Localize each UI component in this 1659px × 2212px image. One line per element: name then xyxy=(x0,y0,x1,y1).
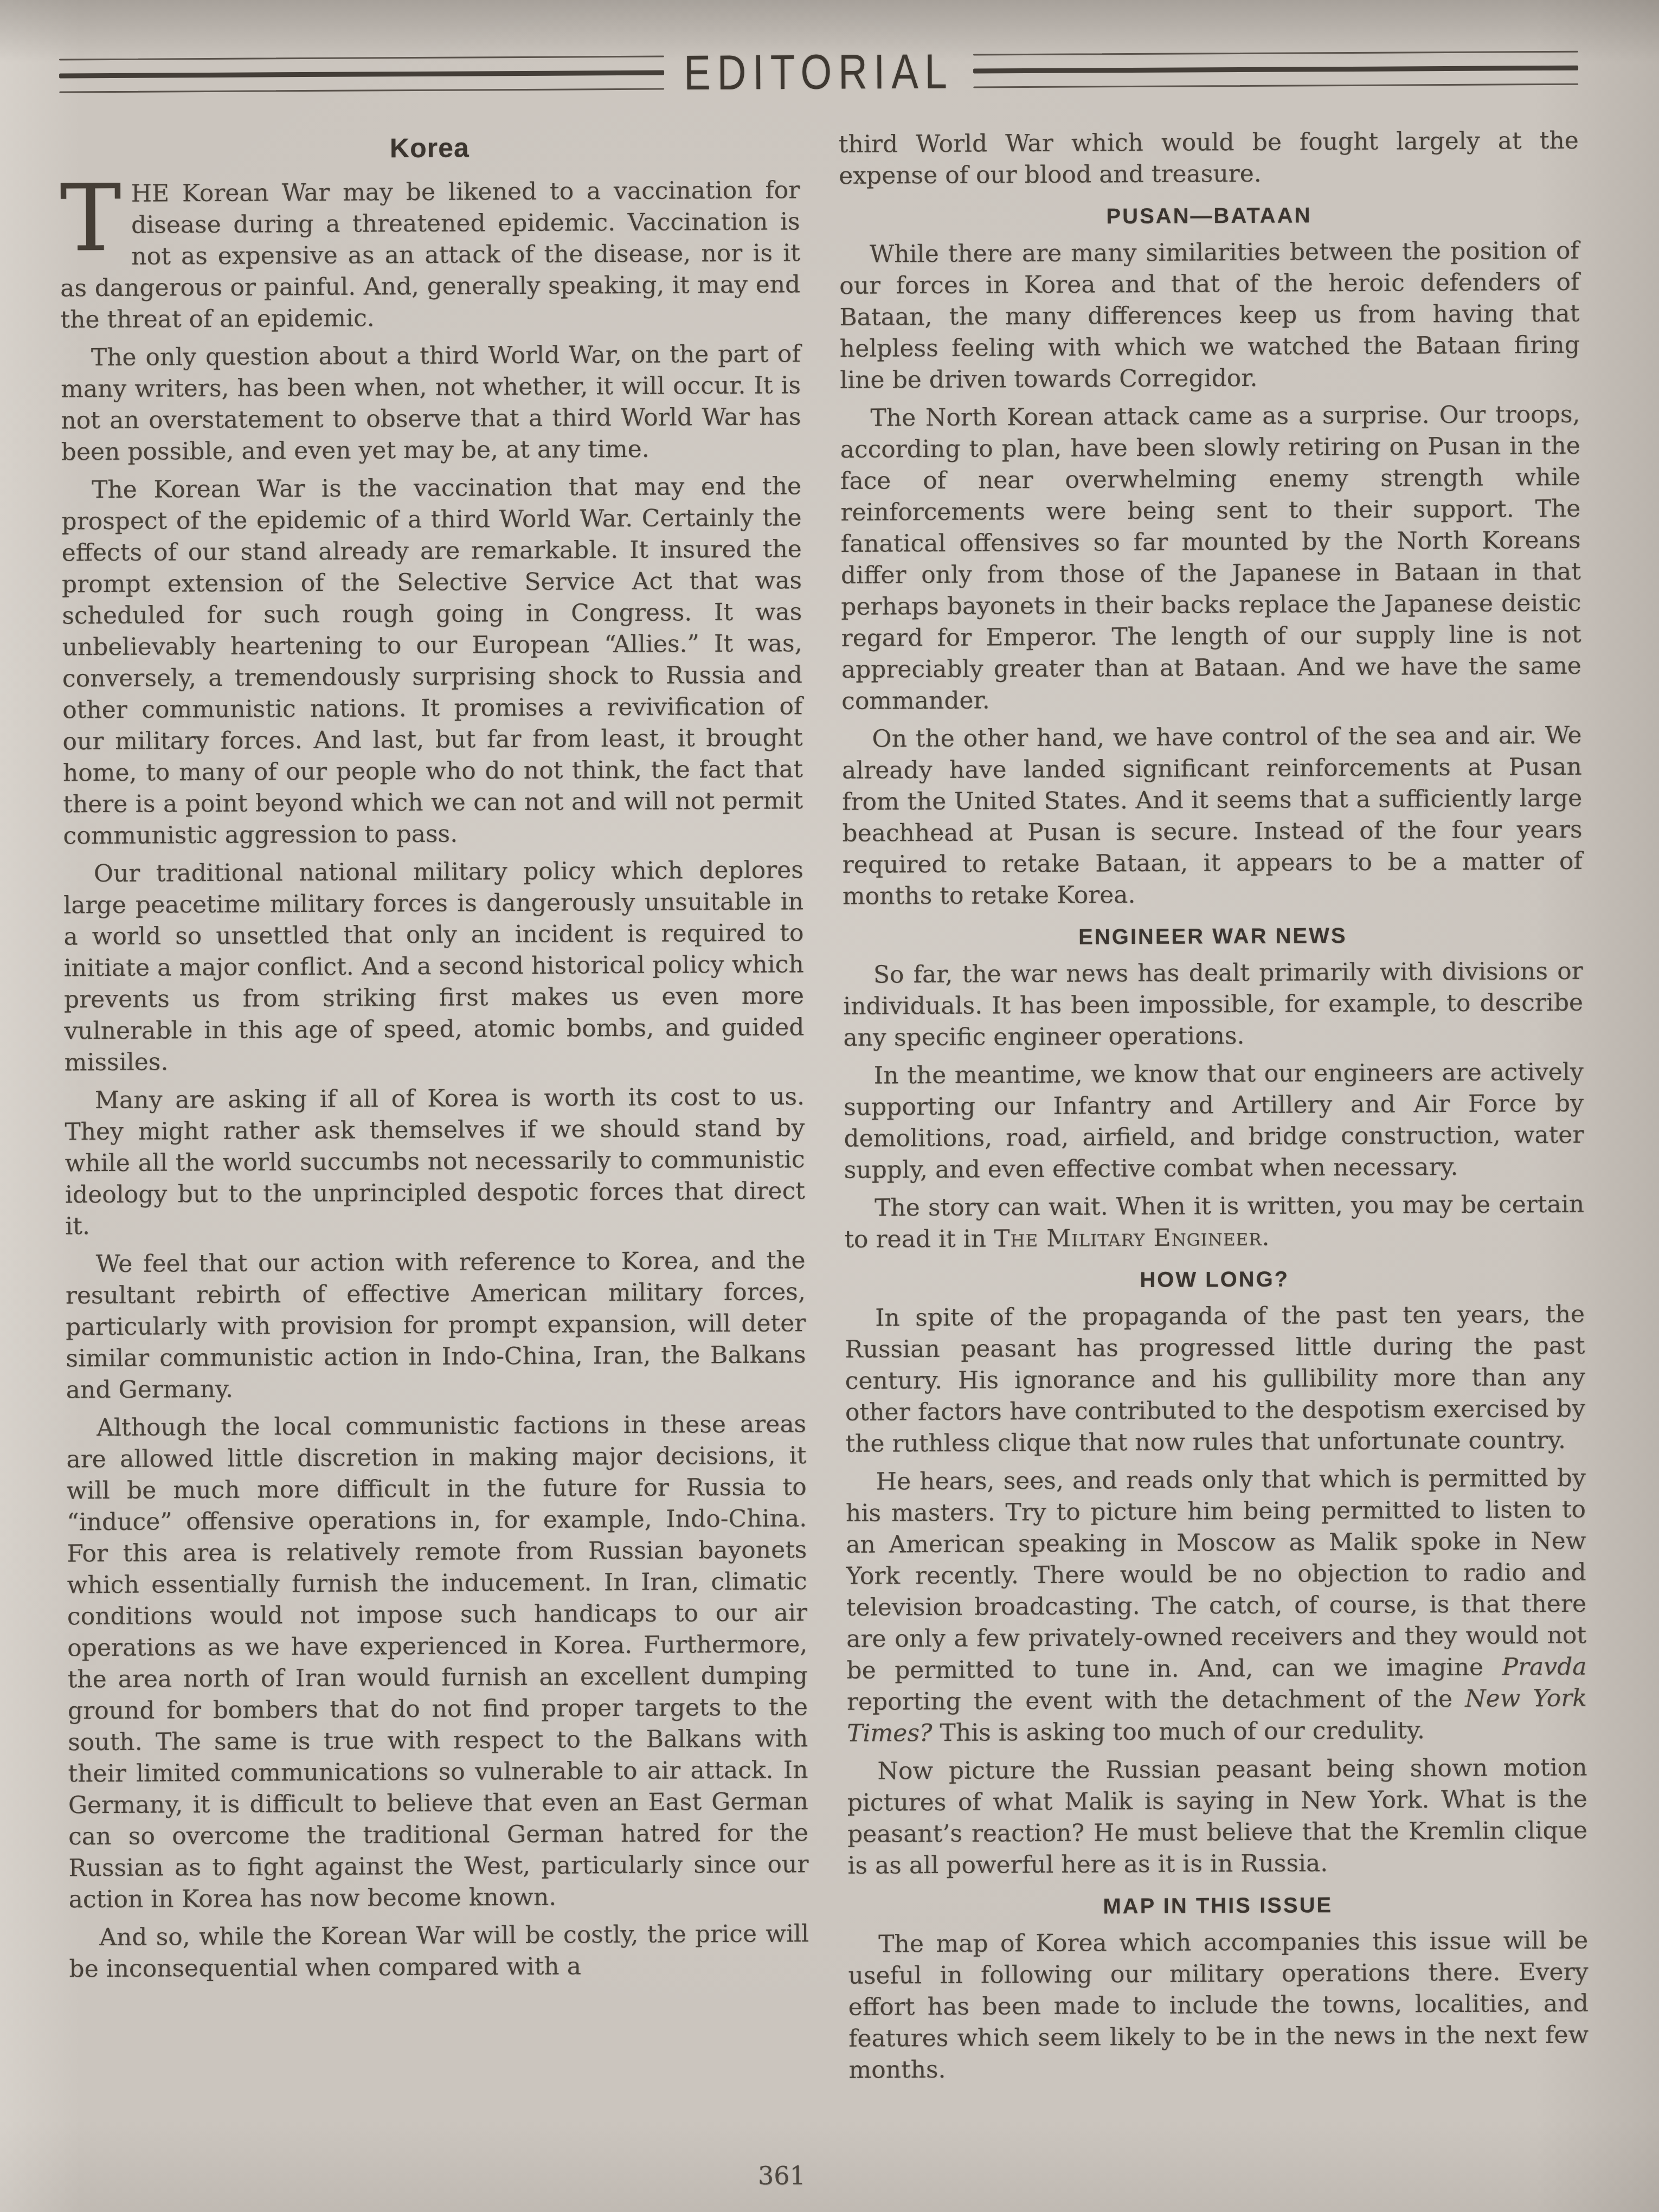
paragraph: So far, the war news has dealt primarily… xyxy=(843,956,1584,1054)
paragraph: The only question about a third World Wa… xyxy=(61,338,801,468)
rule-thin xyxy=(973,50,1578,55)
scanned-editorial-page: EDITORIAL Korea THE Korean War may be li… xyxy=(0,0,1659,2212)
paragraph: And so, while the Korean War will be cos… xyxy=(69,1918,809,1985)
drop-cap-letter: T xyxy=(60,178,131,255)
paragraph-text: This is asking too much of our credulity… xyxy=(932,1716,1425,1747)
paragraph: Our traditional national military policy… xyxy=(63,854,805,1078)
masthead-rules-left xyxy=(59,55,665,93)
paragraph: In spite of the propaganda of the past t… xyxy=(845,1299,1585,1460)
right-column: third World War which would be fought la… xyxy=(839,125,1589,2093)
rule-thin xyxy=(59,55,664,60)
page-number: 361 xyxy=(758,2161,806,2190)
rule-thick xyxy=(59,70,664,78)
paragraph-text: . xyxy=(1262,1224,1269,1251)
paragraph: He hears, sees, and reads only that whic… xyxy=(846,1463,1587,1750)
masthead-rules-right xyxy=(973,50,1579,88)
paragraph-text: reporting the event with the detachment … xyxy=(847,1685,1465,1716)
pravda-title: Pravda xyxy=(1502,1653,1586,1681)
section-heading-pusan-bataan: PUSAN—BATAAN xyxy=(839,202,1579,230)
drop-cap-paragraph: THE Korean War may be likened to a vacci… xyxy=(60,175,800,336)
article-columns: Korea THE Korean War may be likened to a… xyxy=(60,125,1589,2097)
paragraph: The map of Korea which accompanies this … xyxy=(848,1925,1589,2086)
section-heading-how-long: HOW LONG? xyxy=(845,1266,1585,1294)
paragraph: Many are asking if all of Korea is worth… xyxy=(65,1081,805,1242)
editorial-masthead: EDITORIAL xyxy=(59,37,1579,106)
paragraph: Now picture the Russian peasant being sh… xyxy=(847,1752,1587,1882)
continuation-paragraph: third World War which would be fought la… xyxy=(839,125,1579,192)
page-sheet: EDITORIAL Korea THE Korean War may be li… xyxy=(0,0,1659,2212)
paragraph: On the other hand, we have control of th… xyxy=(841,720,1583,912)
left-column: Korea THE Korean War may be likened to a… xyxy=(60,129,810,2097)
section-heading-engineer-war-news: ENGINEER WAR NEWS xyxy=(843,923,1583,951)
rule-thin xyxy=(59,88,664,93)
paragraph: While there are many similarities betwee… xyxy=(839,235,1580,396)
paragraph: The North Korean attack came as a surpri… xyxy=(840,399,1581,717)
paragraph: In the meantime, we know that our engine… xyxy=(844,1057,1584,1186)
paragraph: The story can wait. When it is written, … xyxy=(844,1189,1585,1256)
paragraph: The Korean War is the vaccination that m… xyxy=(61,471,803,852)
paragraph-text: HE Korean War may be likened to a vaccin… xyxy=(60,176,800,333)
paragraph-text: He hears, sees, and reads only that whic… xyxy=(846,1464,1586,1684)
page-title: EDITORIAL xyxy=(684,43,954,100)
rule-thin xyxy=(973,83,1578,88)
rule-thick xyxy=(973,65,1578,73)
article-title-korea: Korea xyxy=(60,130,800,165)
paragraph: We feel that our action with reference t… xyxy=(65,1245,806,1406)
section-heading-map-in-this-issue: MAP IN THIS ISSUE xyxy=(848,1892,1588,1920)
magazine-name: The Military Engineer xyxy=(994,1224,1262,1253)
paragraph: Although the local communistic factions … xyxy=(66,1409,809,1915)
